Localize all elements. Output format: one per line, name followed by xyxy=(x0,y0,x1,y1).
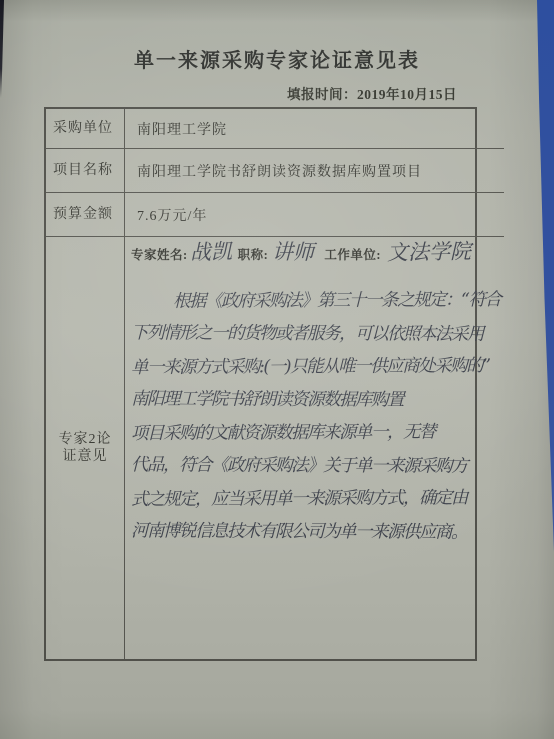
expert-opinion-cell: 专家姓名: 战凯 职称: 讲师 工作单位: 文法学院 根据《政府采购法》第三十一… xyxy=(125,237,504,659)
opinion-form-table: 采购单位 南阳理工学院 项目名称 南阳理工学院书舒朗读资源数据库购置项目 预算金… xyxy=(44,107,477,661)
opinion-line: 根据《政府采购法》第三十一条之规定：“符合 xyxy=(131,284,501,319)
expert-title-label: 职称: xyxy=(238,245,269,263)
expert-title-handwritten: 讲师 xyxy=(272,240,314,265)
row-label-budget-amount: 预算金额 xyxy=(46,193,125,237)
form-title: 单一来源采购专家论证意见表 xyxy=(0,44,554,73)
fill-date: 填报时间：2019年10月15日 xyxy=(287,83,457,103)
paper-sheet: 单一来源采购专家论证意见表 填报时间：2019年10月15日 采购单位 南阳理工… xyxy=(0,0,554,739)
opinion-line: 项目采购的文献资源数据库来源单一，无替 xyxy=(131,416,501,451)
opinion-line: 代品，符合《政府采购法》关于单一来源采购方 xyxy=(131,449,501,484)
opinion-line: 河南博锐信息技术有限公司为单一来源供应商。 xyxy=(131,515,501,550)
opinion-line: 单一来源方式采购:(一)只能从唯一供应商处采购的” xyxy=(131,350,501,385)
expert-header-line: 专家姓名: 战凯 职称: 讲师 工作单位: 文法学院 xyxy=(131,240,500,270)
expert-name-label: 专家姓名: xyxy=(131,245,188,263)
row-value-project-name: 南阳理工学院书舒朗读资源数据库购置项目 xyxy=(125,149,504,193)
expert-name-handwritten: 战凯 xyxy=(189,239,232,264)
row-value-purchase-unit: 南阳理工学院 xyxy=(125,109,504,149)
row-label-project-name: 项目名称 xyxy=(46,149,125,193)
row-label-purchase-unit: 采购单位 xyxy=(46,109,125,149)
expert-unit-label: 工作单位: xyxy=(324,245,381,263)
expert-unit-handwritten: 文法学院 xyxy=(387,239,471,264)
handwritten-opinion: 根据《政府采购法》第三十一条之规定：“符合 下列情形之一的货物或者服务，可以依照… xyxy=(131,285,500,549)
opinion-line: 南阳理工学院书舒朗读资源数据库购置 xyxy=(131,383,501,418)
opinion-line: 式之规定，应当采用单一来源采购方式，确定由 xyxy=(131,482,501,517)
opinion-line: 下列情形之一的货物或者服务，可以依照本法采用 xyxy=(131,317,501,352)
row-value-budget-amount: 7.6万元/年 xyxy=(125,193,504,237)
row-label-expert2-opinion: 专家2论证意见 xyxy=(46,237,125,659)
